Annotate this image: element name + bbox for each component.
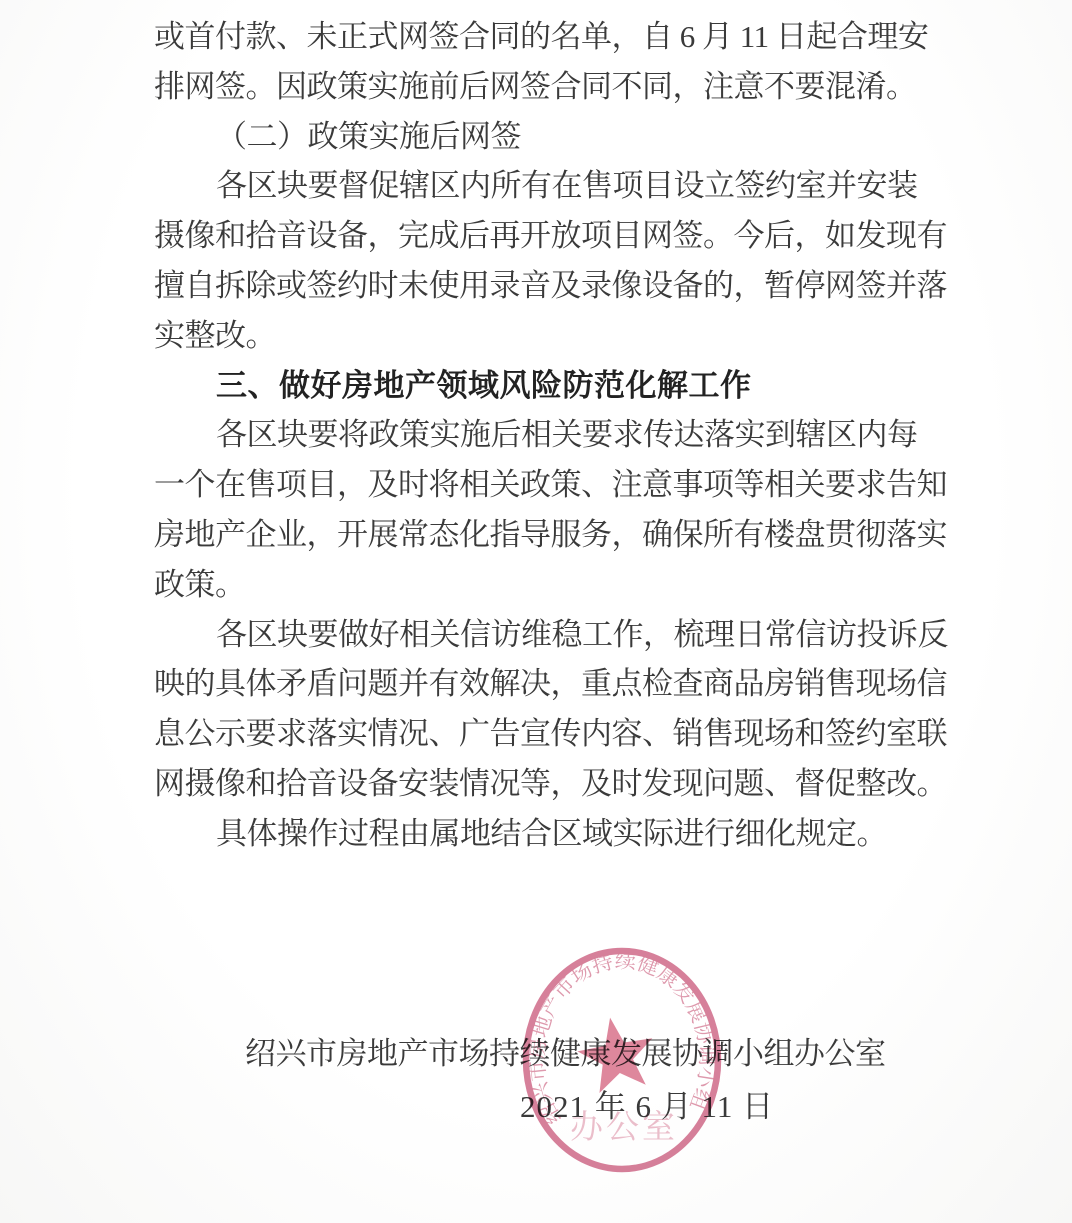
text-line: 三、做好房地产领域风险防范化解工作 [154, 361, 936, 411]
text-line: 或首付款、未正式网签合同的名单，自 6 月 11 日起合理安 [154, 12, 936, 62]
text-line: 一个在售项目，及时将相关政策、注意事项等相关要求告知 [154, 460, 936, 510]
text-line: （二）政策实施后网签 [154, 112, 936, 162]
seal-bottom-text: 办公室 [570, 1109, 678, 1146]
text-line: 具体操作过程由属地结合区域实际进行细化规定。 [154, 809, 936, 859]
text-line: 房地产企业，开展常态化指导服务，确保所有楼盘贯彻落实 [154, 510, 936, 560]
text-line: 各区块要督促辖区内所有在售项目设立签约室并安装 [154, 161, 936, 211]
text-line: 息公示要求落实情况、广告宣传内容、销售现场和签约室联 [154, 709, 936, 759]
official-seal: 绍兴市房地产市场持续健康发展协调小组 办公室 [516, 944, 728, 1176]
text-line: 排网签。因政策实施前后网签合同不同，注意不要混淆。 [154, 62, 936, 112]
document-body: 或首付款、未正式网签合同的名单，自 6 月 11 日起合理安排网签。因政策实施前… [154, 12, 936, 859]
text-line: 各区块要将政策实施后相关要求传达落实到辖区内每 [154, 410, 936, 460]
text-line: 映的具体矛盾问题并有效解决，重点检查商品房销售现场信 [154, 659, 936, 709]
text-line: 摄像和拾音设备，完成后再开放项目网签。今后，如发现有 [154, 211, 936, 261]
text-line: 政策。 [154, 560, 936, 610]
seal-star-icon [573, 1011, 660, 1095]
text-line: 实整改。 [154, 311, 936, 361]
text-line: 网摄像和拾音设备安装情况等，及时发现问题、督促整改。 [154, 759, 936, 809]
text-line: 擅自拆除或签约时未使用录音及录像设备的，暂停网签并落 [154, 261, 936, 311]
document-page: 或首付款、未正式网签合同的名单，自 6 月 11 日起合理安排网签。因政策实施前… [0, 0, 1072, 1223]
text-line: 各区块要做好相关信访维稳工作，梳理日常信访投诉反 [154, 610, 936, 660]
